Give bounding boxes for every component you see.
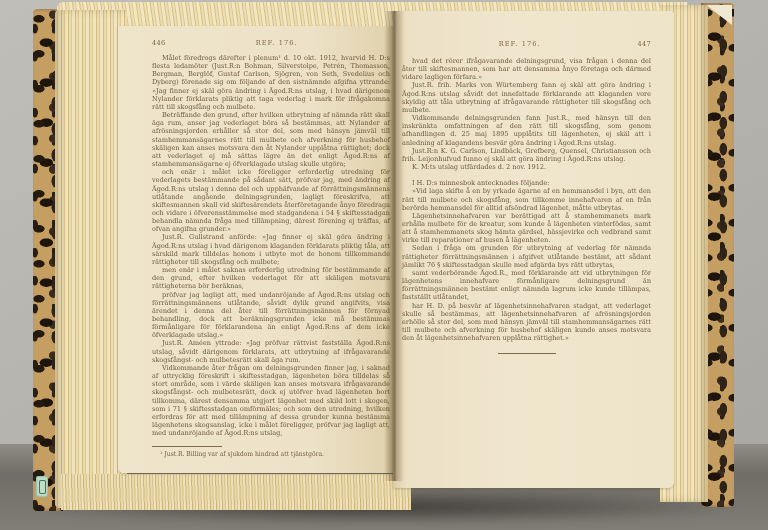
paragraph: pröfvar jag lagligt att, med undanröjand…: [152, 291, 390, 340]
paragraph: Sedan i fråga om grunden för utbrytning …: [402, 244, 651, 268]
footnote: ¹ Just.R. Billing var af sjukdom hindrad…: [152, 451, 389, 459]
paragraph: »Vid laga skifte å en by yrkade ägarne a…: [402, 187, 651, 211]
paragraph: Lägenhetsinnehafvaren var berättigad att…: [402, 212, 651, 245]
paragraph: samt vederbörande Ägod.R., med förklaran…: [402, 269, 651, 302]
left-page-number: 446: [152, 39, 166, 47]
left-page: 446 REF. 176. Målet föredrogs därefter i…: [118, 26, 393, 473]
right-page-text: hvad det rörer ifrågavarande delningsgru…: [402, 57, 651, 354]
paragraph: Målet föredrogs därefter i plenum¹ d. 10…: [152, 54, 390, 111]
left-page-block-edges: [55, 10, 127, 508]
paragraph: Vidkommande delningsgrunden fann Just.R.…: [402, 114, 651, 147]
right-page-header: REF. 176. 447: [402, 40, 651, 48]
cover-corner-wear: [706, 5, 732, 25]
left-page-text: Målet föredrogs därefter i plenum¹ d. 10…: [152, 54, 390, 437]
left-running-head: REF. 176.: [166, 39, 389, 47]
bottom-page-edges: [61, 474, 411, 510]
open-book: 446 REF. 176. Målet föredrogs därefter i…: [33, 2, 734, 514]
right-page-number: 447: [638, 40, 652, 48]
section-divider-rule: [498, 353, 556, 354]
sticker-mark: [39, 480, 46, 494]
paragraph: Just.R. frih. Marks von Würtemberg fann …: [402, 81, 651, 114]
library-sticker: [36, 476, 48, 497]
left-page-header: 446 REF. 176.: [152, 39, 388, 47]
book-photograph: 446 REF. 176. Målet föredrogs därefter i…: [0, 0, 768, 530]
footnote-rule: [152, 446, 222, 447]
paragraph: hvad det rörer ifrågavarande delningsgru…: [402, 57, 651, 81]
paragraph: Vidkommande åter frågan om delningsgrund…: [152, 364, 390, 437]
paragraph: K. M:ts utslag utfärdades d. 2 nov. 1912…: [402, 163, 651, 171]
paragraph: Just.R. Améen yttrade: »Jag pröfvar rätt…: [152, 339, 390, 363]
paragraph: har H. D. på besvär af lägenhetsinnehafv…: [402, 302, 651, 343]
right-page: REF. 176. 447 hvad det rörer ifrågavaran…: [393, 11, 674, 488]
book-gutter-shadow: [384, 11, 404, 481]
paragraph: Beträffande den grund, efter hvilken utb…: [152, 111, 390, 168]
right-running-head: REF. 176.: [402, 40, 638, 48]
paragraph: och enär i målet icke föreligger erforde…: [152, 168, 390, 233]
paragraph: Just.R:n K. G. Carlson, Lindbäck, Grefbe…: [402, 147, 651, 163]
paragraph: Just.R. Gullstrand anförde: »Jag finner …: [152, 233, 390, 266]
paragraph: men enär i målet saknas erforderlig utre…: [152, 266, 390, 290]
